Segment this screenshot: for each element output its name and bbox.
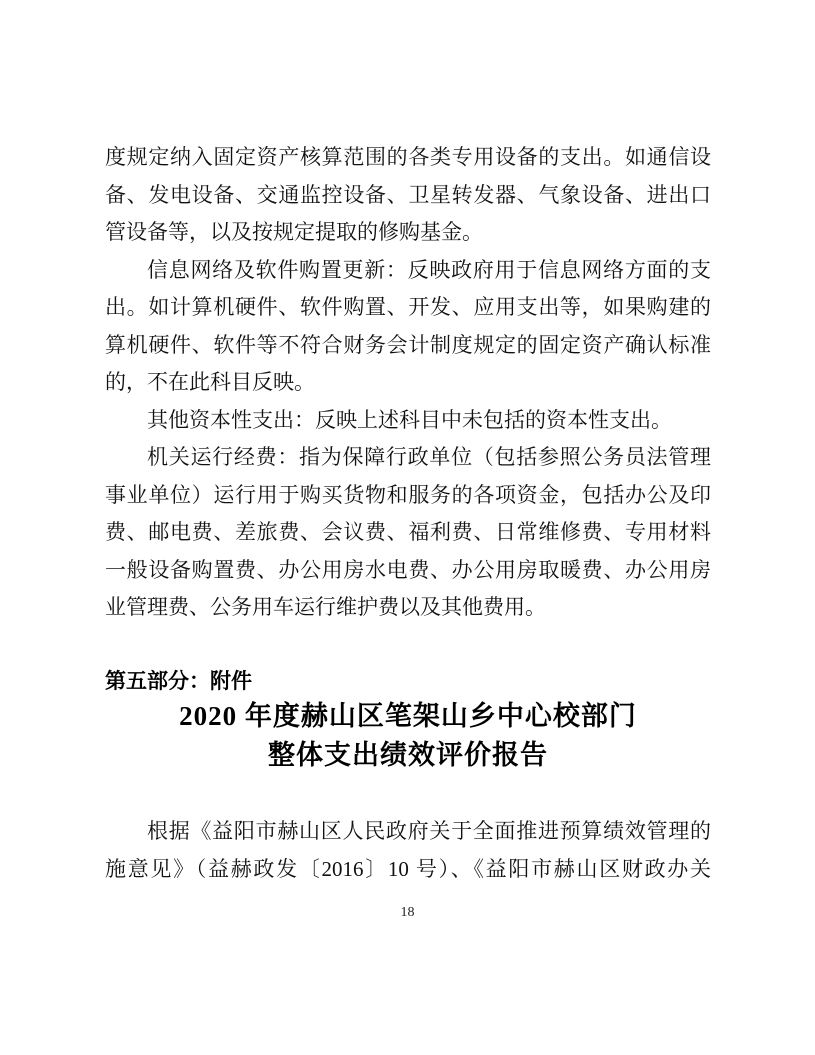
paragraph-line: 费、邮电费、差旅费、会议费、福利费、日常维修费、专用材料及 <box>105 514 711 552</box>
page-number: 18 <box>0 905 815 921</box>
paragraph-line: 施意见》（益赫政发〔2016〕10 号）、《益阳市赫山区财政办关 <box>105 851 711 889</box>
paragraph-line: 管设备等，以及按规定提取的修购基金。 <box>105 214 711 252</box>
document-page: 度规定纳入固定资产核算范围的各类专用设备的支出。如通信设 备、发电设备、交通监控… <box>0 0 815 1055</box>
paragraph-line: 备、发电设备、交通监控设备、卫星转发器、气象设备、进出口监 <box>105 177 711 215</box>
report-title: 2020 年度赫山区笔架山乡中心校部门 整体支出绩效评价报告 <box>105 697 711 775</box>
body-text-block: 度规定纳入固定资产核算范围的各类专用设备的支出。如通信设 备、发电设备、交通监控… <box>105 139 711 627</box>
paragraph-line: 事业单位）运行用于购买货物和服务的各项资金，包括办公及印刷 <box>105 477 711 515</box>
paragraph-line: 业管理费、公务用车运行维护费以及其他费用。 <box>105 589 711 627</box>
report-title-line2: 整体支出绩效评价报告 <box>105 736 711 775</box>
paragraph-line: 算机硬件、软件等不符合财务会计制度规定的固定资产确认标准 <box>105 327 711 365</box>
paragraph-line: 度规定纳入固定资产核算范围的各类专用设备的支出。如通信设 <box>105 139 711 177</box>
paragraph-line: 信息网络及软件购置更新：反映政府用于信息网络方面的支 <box>105 252 711 290</box>
closing-paragraph: 根据《益阳市赫山区人民政府关于全面推进预算绩效管理的实 施意见》（益赫政发〔20… <box>105 813 711 888</box>
section-heading: 第五部分：附件 <box>105 668 252 696</box>
paragraph-line: 其他资本性支出：反映上述科目中未包括的资本性支出。 <box>105 402 711 440</box>
paragraph-line: 机关运行经费：指为保障行政单位（包括参照公务员法管理的 <box>105 439 711 477</box>
paragraph-line: 的，不在此科目反映。 <box>105 364 711 402</box>
report-title-line1: 2020 年度赫山区笔架山乡中心校部门 <box>105 697 711 736</box>
paragraph-line: 出。如计算机硬件、软件购置、开发、应用支出等，如果购建的计 <box>105 289 711 327</box>
paragraph-line: 根据《益阳市赫山区人民政府关于全面推进预算绩效管理的实 <box>105 813 711 851</box>
paragraph-line: 一般设备购置费、办公用房水电费、办公用房取暖费、办公用房物 <box>105 552 711 590</box>
